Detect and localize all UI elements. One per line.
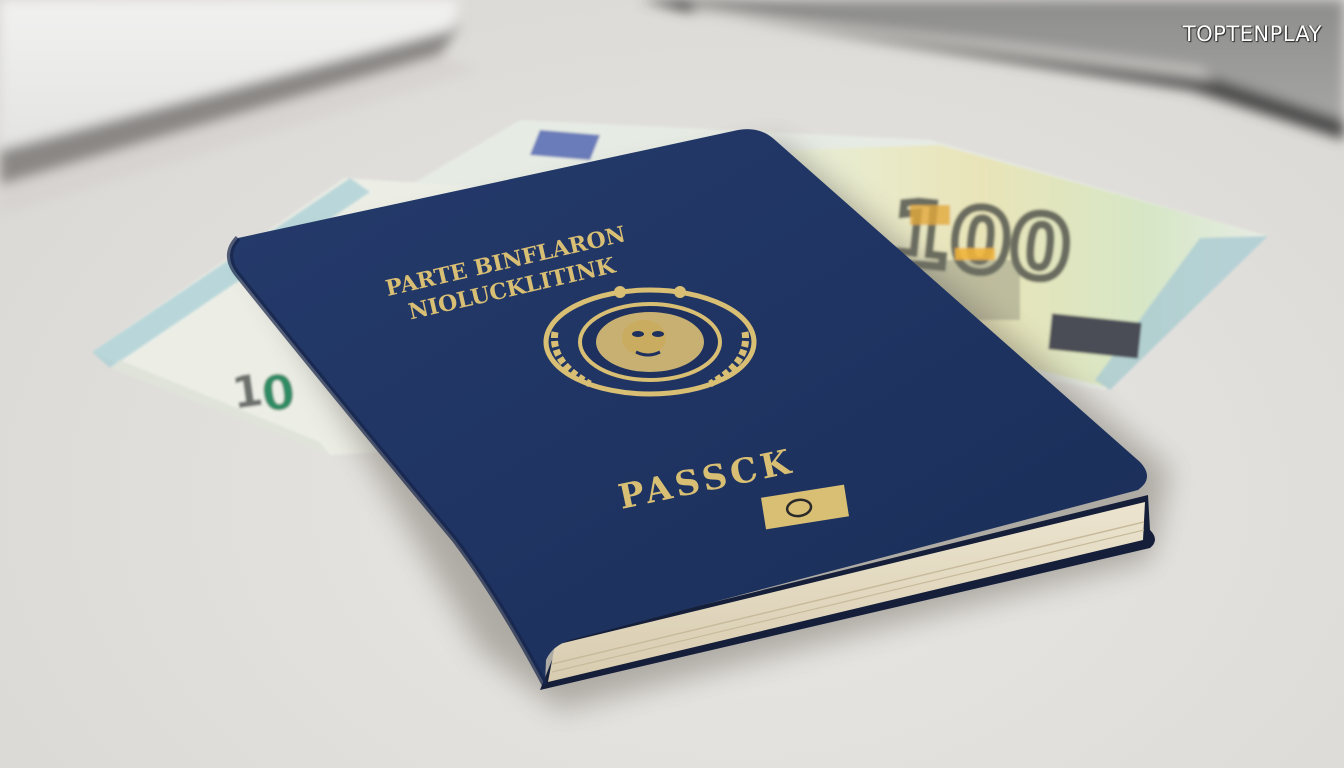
background-laptop-right <box>640 0 1344 140</box>
photo-scene: 100 1 0 PARTE BI <box>0 0 1344 768</box>
passport-photo: 100 1 0 PARTE BI <box>0 0 1344 768</box>
watermark-text: TOPTENPLAY <box>1183 22 1322 46</box>
